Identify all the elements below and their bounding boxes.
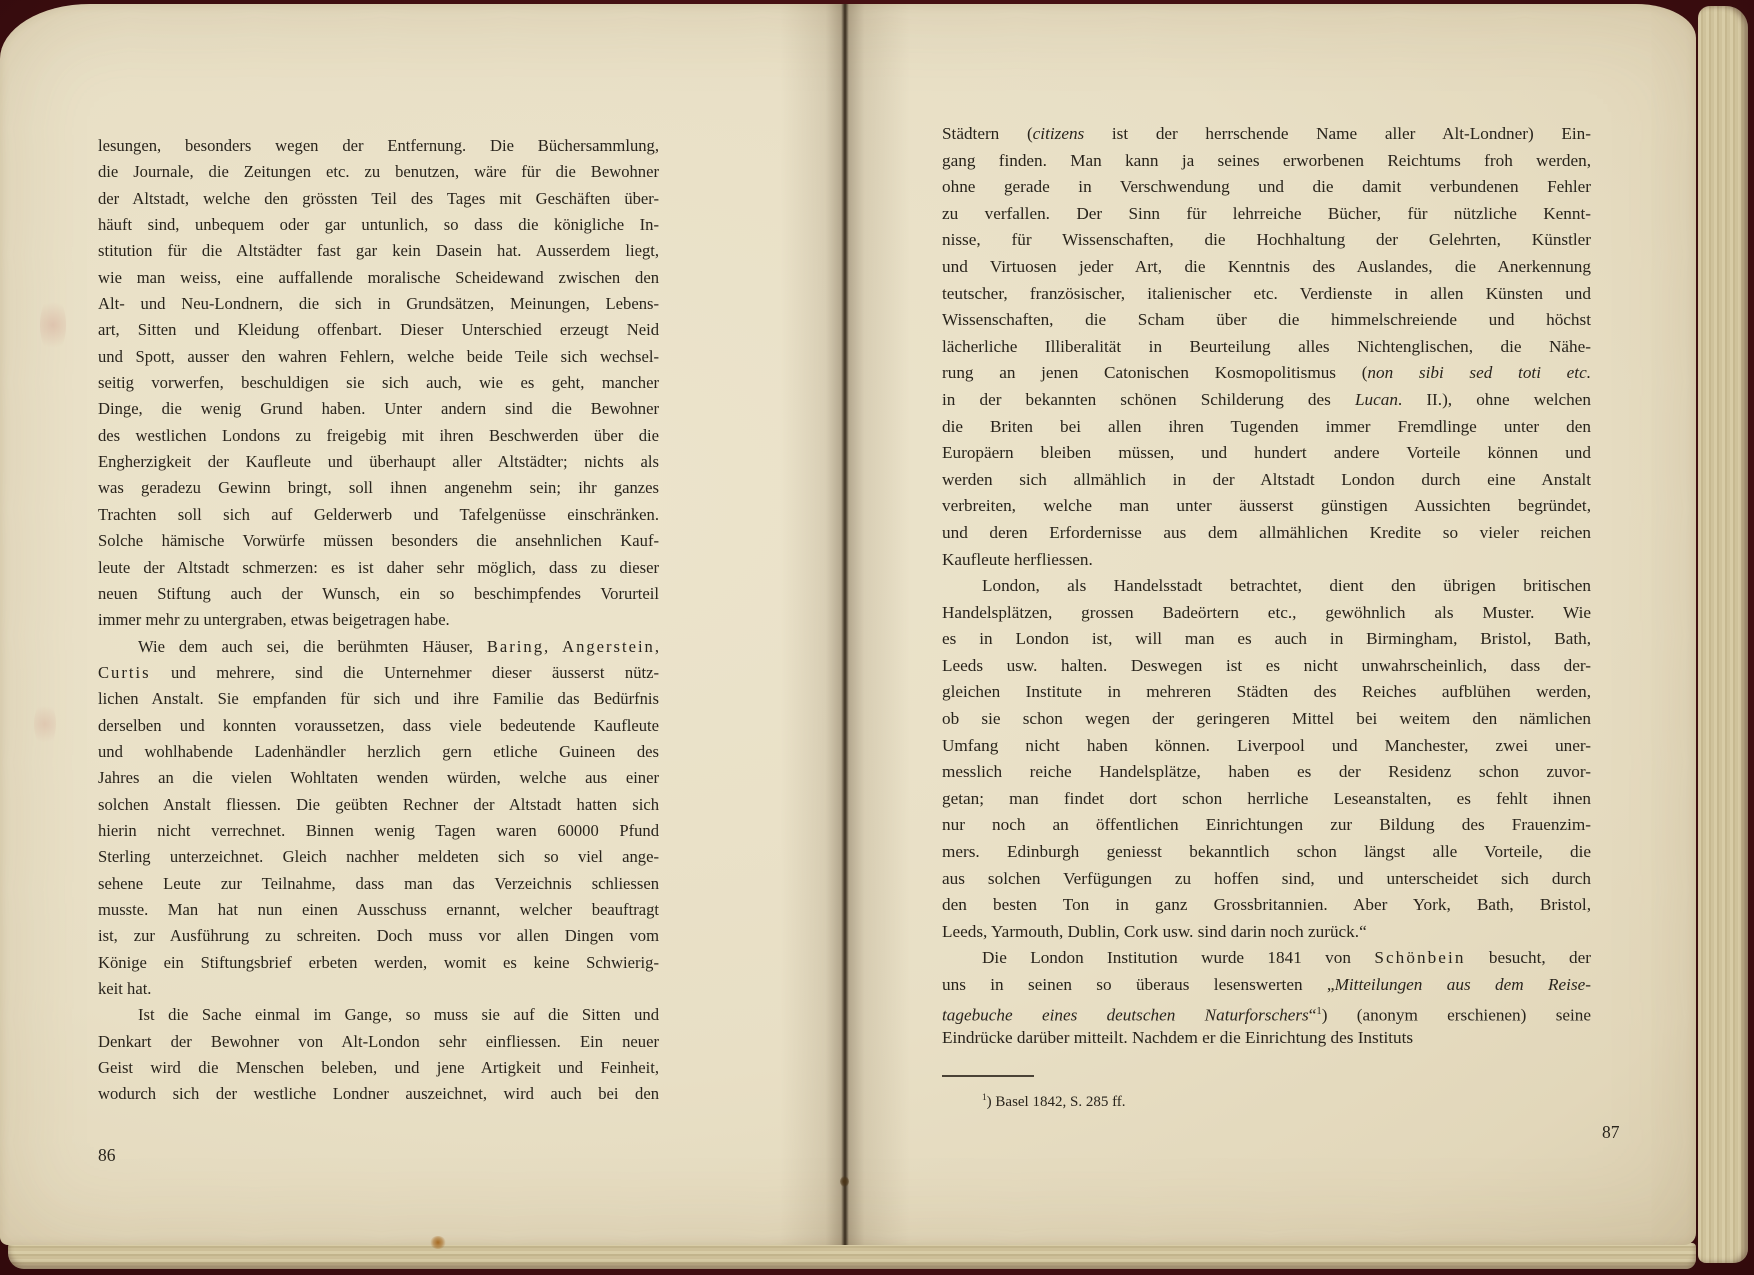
- text-segment: wodurch sich der westliche Londner ausze…: [98, 1084, 659, 1103]
- text-line: Städtern (citizens ist der herrschende N…: [942, 121, 1591, 148]
- text-line: getan; man findet dort schon herrliche L…: [942, 786, 1591, 813]
- text-segment: solchen Anstalt fliessen. Die geübten Re…: [98, 795, 659, 814]
- text-line: keit hat.: [98, 976, 659, 1002]
- text-line: und deren Erfordernisse aus dem allmähli…: [942, 520, 1591, 547]
- text-line: des westlichen Londons zu freigebig mit …: [98, 423, 659, 449]
- text-line: Trachten soll sich auf Gelderwerb und Ta…: [98, 502, 659, 528]
- text-line: lächerliche Illiberalität in Beurteilung…: [942, 334, 1591, 361]
- text-segment: besucht, der: [1465, 948, 1591, 967]
- text-line: der Altstadt, welche den grössten Teil d…: [98, 186, 659, 212]
- text-line: art, Sitten und Kleidung offenbart. Dies…: [98, 317, 659, 343]
- text-line: was geradezu Gewinn bringt, soll ihnen a…: [98, 475, 659, 501]
- text-segment: Baring: [487, 637, 544, 656]
- text-segment: uns in seinen so überaus lesenswerten „: [942, 975, 1335, 994]
- text-segment: Die London Institution wurde 1841 von: [982, 948, 1374, 967]
- text-line: immer mehr zu untergraben, etwas beigetr…: [98, 607, 659, 633]
- text-line: stitution für die Altstädter fast gar ke…: [98, 238, 659, 264]
- text-segment: Eindrücke darüber mitteilt. Nachdem er d…: [942, 1028, 1413, 1047]
- text-line: die Journale, die Zeitungen etc. zu benu…: [98, 159, 659, 185]
- text-line: Leeds usw. halten. Deswegen ist es nicht…: [942, 653, 1591, 680]
- text-segment: Sterling unterzeichnet. Gleich nachher m…: [98, 847, 659, 866]
- text-segment: Leeds usw. halten. Deswegen ist es nicht…: [942, 656, 1591, 675]
- text-line: Wie dem auch sei, die berühmten Häuser, …: [98, 634, 659, 660]
- text-line: nisse, für Wissenschaften, die Hochhaltu…: [942, 227, 1591, 254]
- right-page-text: Städtern (citizens ist der herrschende N…: [942, 121, 1591, 1052]
- text-segment: ist, zur Ausführung zu schreiten. Doch m…: [98, 926, 659, 945]
- text-segment: des westlichen Londons zu freigebig mit …: [98, 426, 659, 445]
- text-line: sehene Leute zur Teilnahme, dass man das…: [98, 871, 659, 897]
- text-line: gang finden. Man kann ja seines erworben…: [942, 148, 1591, 175]
- text-segment: Trachten soll sich auf Gelderwerb und Ta…: [98, 505, 659, 524]
- text-segment: es in London ist, will man es auch in Bi…: [942, 629, 1591, 648]
- text-line: Curtis und mehrere, sind die Unternehmer…: [98, 660, 659, 686]
- text-segment: gleichen Institute in mehreren Städten d…: [942, 682, 1591, 701]
- text-line: London, als Handelsstadt betrachtet, die…: [942, 573, 1591, 600]
- text-segment: Alt- und Neu-Londnern, die sich in Grund…: [98, 294, 659, 313]
- text-segment: die Journale, die Zeitungen etc. zu benu…: [98, 162, 659, 181]
- text-segment: und deren Erfordernisse aus dem allmähli…: [942, 523, 1591, 542]
- text-segment: Handelsplätzen, grossen Badeörtern etc.,…: [942, 603, 1591, 622]
- text-segment: ohne gerade in Verschwendung und die dam…: [942, 177, 1591, 196]
- text-segment: non sibi sed toti etc.: [1367, 363, 1591, 382]
- book-spine-fold: [780, 4, 910, 1245]
- footnote: 1) Basel 1842, S. 285 ff.: [982, 1087, 1402, 1109]
- text-line: Wissenschaften, die Scham über die himme…: [942, 307, 1591, 334]
- text-segment: stitution für die Altstädter fast gar ke…: [98, 241, 659, 260]
- text-line: ohne gerade in Verschwendung und die dam…: [942, 174, 1591, 201]
- text-line: Engherzigkeit der Kaufleute und überhaup…: [98, 449, 659, 475]
- text-line: Könige ein Stiftungsbrief erbeten werden…: [98, 950, 659, 976]
- text-line: uns in seinen so überaus lesenswerten „M…: [942, 972, 1591, 999]
- text-segment: Wie dem auch sei, die berühmten Häuser,: [138, 637, 487, 656]
- text-segment: was geradezu Gewinn bringt, soll ihnen a…: [98, 478, 659, 497]
- text-line: und Spott, ausser den wahren Fehlern, we…: [98, 344, 659, 370]
- text-segment: ob sie schon wegen der geringeren Mittel…: [942, 709, 1591, 728]
- text-segment: Schönbein: [1374, 948, 1465, 967]
- text-segment: Denkart der Bewohner von Alt-London sehr…: [98, 1032, 659, 1051]
- text-line: Solche hämische Vorwürfe müssen besonder…: [98, 528, 659, 554]
- text-segment: derselben und konnten voraussetzen, dass…: [98, 716, 659, 735]
- text-line: ist, zur Ausführung zu schreiten. Doch m…: [98, 923, 659, 949]
- text-segment: Europäern bleiben müssen, und hundert an…: [942, 443, 1591, 462]
- text-segment: . II.), ohne welchen: [1398, 390, 1591, 409]
- text-segment: ist der herrschende Name aller Alt-Londn…: [1084, 124, 1591, 143]
- text-line: Umfang nicht haben können. Liverpool und…: [942, 733, 1591, 760]
- text-line: Jahres an die vielen Wohltaten wenden wü…: [98, 765, 659, 791]
- left-page-text: lesungen, besonders wegen der Entfernung…: [98, 133, 659, 1108]
- page-edges-bottom: [8, 1243, 1696, 1269]
- text-segment: Umfang nicht haben können. Liverpool und…: [942, 736, 1591, 755]
- text-segment: hierin nicht verrechnet. Binnen wenig Ta…: [98, 821, 659, 840]
- footnote-separator: [942, 1075, 1034, 1077]
- text-segment: zu verfallen. Der Sinn für lehrreiche Bü…: [942, 204, 1591, 223]
- text-line: nur noch an öffentlichen Einrichtungen z…: [942, 812, 1591, 839]
- text-segment: lächerliche Illiberalität in Beurteilung…: [942, 337, 1591, 356]
- text-line: gleichen Institute in mehreren Städten d…: [942, 679, 1591, 706]
- text-line: Denkart der Bewohner von Alt-London sehr…: [98, 1029, 659, 1055]
- text-segment: der Altstadt, welche den grössten Teil d…: [98, 189, 659, 208]
- text-segment: keit hat.: [98, 979, 151, 998]
- stain: [34, 700, 56, 748]
- right-page-number: 87: [1602, 1122, 1620, 1143]
- text-line: ob sie schon wegen der geringeren Mittel…: [942, 706, 1591, 733]
- text-line: musste. Man hat nun einen Ausschuss erna…: [98, 897, 659, 923]
- text-segment: Engherzigkeit der Kaufleute und überhaup…: [98, 452, 659, 471]
- text-segment: Curtis: [98, 663, 151, 682]
- text-line: Kaufleute herfliessen.: [942, 547, 1591, 574]
- text-segment: lichen Anstalt. Sie empfanden für sich u…: [98, 689, 659, 708]
- text-segment: ) (anonym erschienen) seine: [1322, 1005, 1591, 1024]
- text-segment: seitig vorwerfen, beschuldigen sie sich …: [98, 373, 659, 392]
- text-segment: Leeds, Yarmouth, Dublin, Cork usw. sind …: [942, 922, 1367, 941]
- text-line: Alt- und Neu-Londnern, die sich in Grund…: [98, 291, 659, 317]
- text-line: wie man weiss, eine auffallende moralisc…: [98, 265, 659, 291]
- text-segment: und wohlhabende Ladenhändler herzlich ge…: [98, 742, 659, 761]
- text-segment: mers. Edinburgh geniesst bekanntlich sch…: [942, 842, 1591, 861]
- text-segment: und Virtuosen jeder Art, die Kenntnis de…: [942, 257, 1591, 276]
- text-line: den besten Ton in ganz Grossbritannien. …: [942, 892, 1591, 919]
- text-line: Eindrücke darüber mitteilt. Nachdem er d…: [942, 1025, 1591, 1052]
- text-segment: in der bekannten schönen Schilderung des: [942, 390, 1355, 409]
- text-segment: London, als Handelsstadt betrachtet, die…: [982, 576, 1591, 595]
- page-edges-right: [1698, 6, 1748, 1263]
- text-line: teutscher, französischer, italienischer …: [942, 281, 1591, 308]
- text-segment: Jahres an die vielen Wohltaten wenden wü…: [98, 768, 659, 787]
- text-line: verbreiten, welche man unter äusserst gü…: [942, 493, 1591, 520]
- text-segment: ,: [544, 637, 562, 656]
- text-segment: Geist wird die Menschen beleben, und jen…: [98, 1058, 659, 1077]
- text-line: derselben und konnten voraussetzen, dass…: [98, 713, 659, 739]
- text-line: es in London ist, will man es auch in Bi…: [942, 626, 1591, 653]
- text-segment: citizens: [1033, 124, 1085, 143]
- text-segment: musste. Man hat nun einen Ausschuss erna…: [98, 900, 659, 919]
- text-segment: ) Basel 1842, S. 285 ff.: [987, 1094, 1126, 1109]
- text-segment: Wissenschaften, die Scham über die himme…: [942, 310, 1591, 329]
- text-segment: und mehrere, sind die Unternehmer dieser…: [151, 663, 659, 682]
- text-segment: und Spott, ausser den wahren Fehlern, we…: [98, 347, 659, 366]
- text-line: und Virtuosen jeder Art, die Kenntnis de…: [942, 254, 1591, 281]
- text-segment: Städtern (: [942, 124, 1033, 143]
- text-segment: wie man weiss, eine auffallende moralisc…: [98, 268, 659, 287]
- text-line: Sterling unterzeichnet. Gleich nachher m…: [98, 844, 659, 870]
- text-segment: teutscher, französischer, italienischer …: [942, 284, 1591, 303]
- text-segment: Könige ein Stiftungsbrief erbeten werden…: [98, 953, 659, 972]
- text-line: mers. Edinburgh geniesst bekanntlich sch…: [942, 839, 1591, 866]
- text-line: Dinge, die wenig Grund haben. Unter ande…: [98, 396, 659, 422]
- text-segment: die Briten bei allen ihren Tugenden imme…: [942, 417, 1591, 436]
- text-segment: Ist die Sache einmal im Gange, so muss s…: [138, 1005, 659, 1024]
- left-page-number: 86: [98, 1145, 116, 1166]
- text-segment: Lucan: [1355, 390, 1398, 409]
- text-line: Ist die Sache einmal im Gange, so muss s…: [98, 1002, 659, 1028]
- text-line: Die London Institution wurde 1841 von Sc…: [942, 945, 1591, 972]
- stain: [430, 1236, 446, 1249]
- text-line: tagebuche eines deutschen Naturforschers…: [942, 999, 1591, 1026]
- text-segment: verbreiten, welche man unter äusserst gü…: [942, 496, 1591, 515]
- text-segment: getan; man findet dort schon herrliche L…: [942, 789, 1591, 808]
- text-line: Geist wird die Menschen beleben, und jen…: [98, 1055, 659, 1081]
- text-segment: Kaufleute herfliessen.: [942, 550, 1093, 569]
- text-line: hierin nicht verrechnet. Binnen wenig Ta…: [98, 818, 659, 844]
- text-segment: aus solchen Verfügungen zu hoffen sind, …: [942, 869, 1591, 888]
- stain: [40, 295, 66, 355]
- text-line: die Briten bei allen ihren Tugenden imme…: [942, 414, 1591, 441]
- text-segment: häuft sind, unbequem oder gar untunlich,…: [98, 215, 659, 234]
- text-segment: messlich reiche Handelsplätze, haben es …: [942, 762, 1591, 781]
- text-line: solchen Anstalt fliessen. Die geübten Re…: [98, 792, 659, 818]
- text-line: 1) Basel 1842, S. 285 ff.: [982, 1087, 1402, 1109]
- text-segment: Solche hämische Vorwürfe müssen besonder…: [98, 531, 659, 550]
- text-segment: Dinge, die wenig Grund haben. Unter ande…: [98, 399, 659, 418]
- text-segment: werden sich allmählich in der Altstadt L…: [942, 470, 1591, 489]
- text-line: lichen Anstalt. Sie empfanden für sich u…: [98, 686, 659, 712]
- text-segment: art, Sitten und Kleidung offenbart. Dies…: [98, 320, 659, 339]
- text-line: seitig vorwerfen, beschuldigen sie sich …: [98, 370, 659, 396]
- text-segment: Angerstein: [562, 637, 655, 656]
- text-segment: immer mehr zu untergraben, etwas beigetr…: [98, 610, 450, 629]
- text-segment: sehene Leute zur Teilnahme, dass man das…: [98, 874, 659, 893]
- text-line: häuft sind, unbequem oder gar untunlich,…: [98, 212, 659, 238]
- text-line: Leeds, Yarmouth, Dublin, Cork usw. sind …: [942, 919, 1591, 946]
- text-line: werden sich allmählich in der Altstadt L…: [942, 467, 1591, 494]
- text-segment: gang finden. Man kann ja seines erworben…: [942, 151, 1591, 170]
- text-line: messlich reiche Handelsplätze, haben es …: [942, 759, 1591, 786]
- text-segment: neuen Stiftung auch der Wunsch, ein so b…: [98, 584, 659, 603]
- text-line: rung an jenen Catonischen Kosmopolitismu…: [942, 360, 1591, 387]
- text-line: aus solchen Verfügungen zu hoffen sind, …: [942, 866, 1591, 893]
- text-line: wodurch sich der westliche Londner ausze…: [98, 1081, 659, 1107]
- text-line: zu verfallen. Der Sinn für lehrreiche Bü…: [942, 201, 1591, 228]
- text-line: und wohlhabende Ladenhändler herzlich ge…: [98, 739, 659, 765]
- text-line: in der bekannten schönen Schilderung des…: [942, 387, 1591, 414]
- text-segment: leute der Altstadt schmerzen: es ist dah…: [98, 558, 659, 577]
- text-line: neuen Stiftung auch der Wunsch, ein so b…: [98, 581, 659, 607]
- text-segment: nisse, für Wissenschaften, die Hochhaltu…: [942, 230, 1591, 249]
- text-segment: tagebuche eines deutschen Naturforschers: [942, 1005, 1309, 1024]
- text-segment: lesungen, besonders wegen der Entfernung…: [98, 136, 659, 155]
- text-line: Handelsplätzen, grossen Badeörtern etc.,…: [942, 600, 1591, 627]
- text-segment: ,: [655, 637, 659, 656]
- text-line: Europäern bleiben müssen, und hundert an…: [942, 440, 1591, 467]
- text-line: lesungen, besonders wegen der Entfernung…: [98, 133, 659, 159]
- stain: [840, 1176, 849, 1187]
- text-line: leute der Altstadt schmerzen: es ist dah…: [98, 555, 659, 581]
- text-segment: Mitteilungen aus dem Reise-: [1335, 975, 1591, 994]
- text-segment: rung an jenen Catonischen Kosmopolitismu…: [942, 363, 1367, 382]
- text-segment: nur noch an öffentlichen Einrichtungen z…: [942, 815, 1591, 834]
- text-segment: den besten Ton in ganz Grossbritannien. …: [942, 895, 1591, 914]
